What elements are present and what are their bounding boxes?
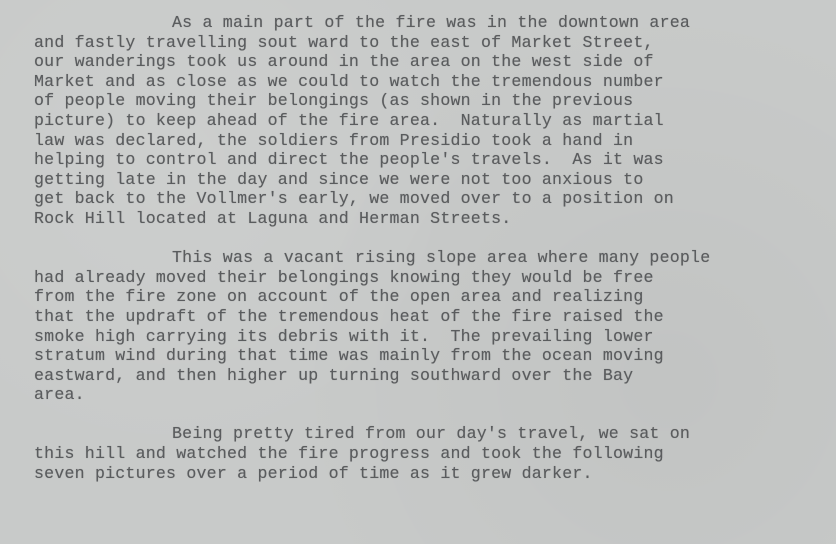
text-line: seven pictures over a period of time as … <box>34 464 834 484</box>
text-line: our wanderings took us around in the are… <box>34 52 834 72</box>
text-line: As a main part of the fire was in the do… <box>34 13 834 33</box>
text-line: smoke high carrying its debris with it. … <box>34 327 834 347</box>
paragraph-seven-pictures: Being pretty tired from our day's travel… <box>34 424 834 483</box>
text-line: picture) to keep ahead of the fire area.… <box>34 111 834 131</box>
text-line: that the updraft of the tremendous heat … <box>34 307 834 327</box>
text-line: Being pretty tired from our day's travel… <box>34 424 834 444</box>
text-line: eastward, and then higher up turning sou… <box>34 366 834 386</box>
text-line: Rock Hill located at Laguna and Herman S… <box>34 209 834 229</box>
text-line: helping to control and direct the people… <box>34 150 834 170</box>
paragraph-fire-downtown: As a main part of the fire was in the do… <box>34 13 834 229</box>
text-line: law was declared, the soldiers from Pres… <box>34 131 834 151</box>
paragraph-rock-hill: This was a vacant rising slope area wher… <box>34 248 834 405</box>
text-line: of people moving their belongings (as sh… <box>34 91 834 111</box>
text-line: This was a vacant rising slope area wher… <box>34 248 834 268</box>
typewritten-page: As a main part of the fire was in the do… <box>34 13 834 503</box>
text-line: and fastly travelling sout ward to the e… <box>34 33 834 53</box>
text-line: from the fire zone on account of the ope… <box>34 287 834 307</box>
text-line: stratum wind during that time was mainly… <box>34 346 834 366</box>
text-line: get back to the Vollmer's early, we move… <box>34 189 834 209</box>
text-line: getting late in the day and since we wer… <box>34 170 834 190</box>
text-line: area. <box>34 385 834 405</box>
text-line: this hill and watched the fire progress … <box>34 444 834 464</box>
text-line: had already moved their belongings knowi… <box>34 268 834 288</box>
text-line: Market and as close as we could to watch… <box>34 72 834 92</box>
